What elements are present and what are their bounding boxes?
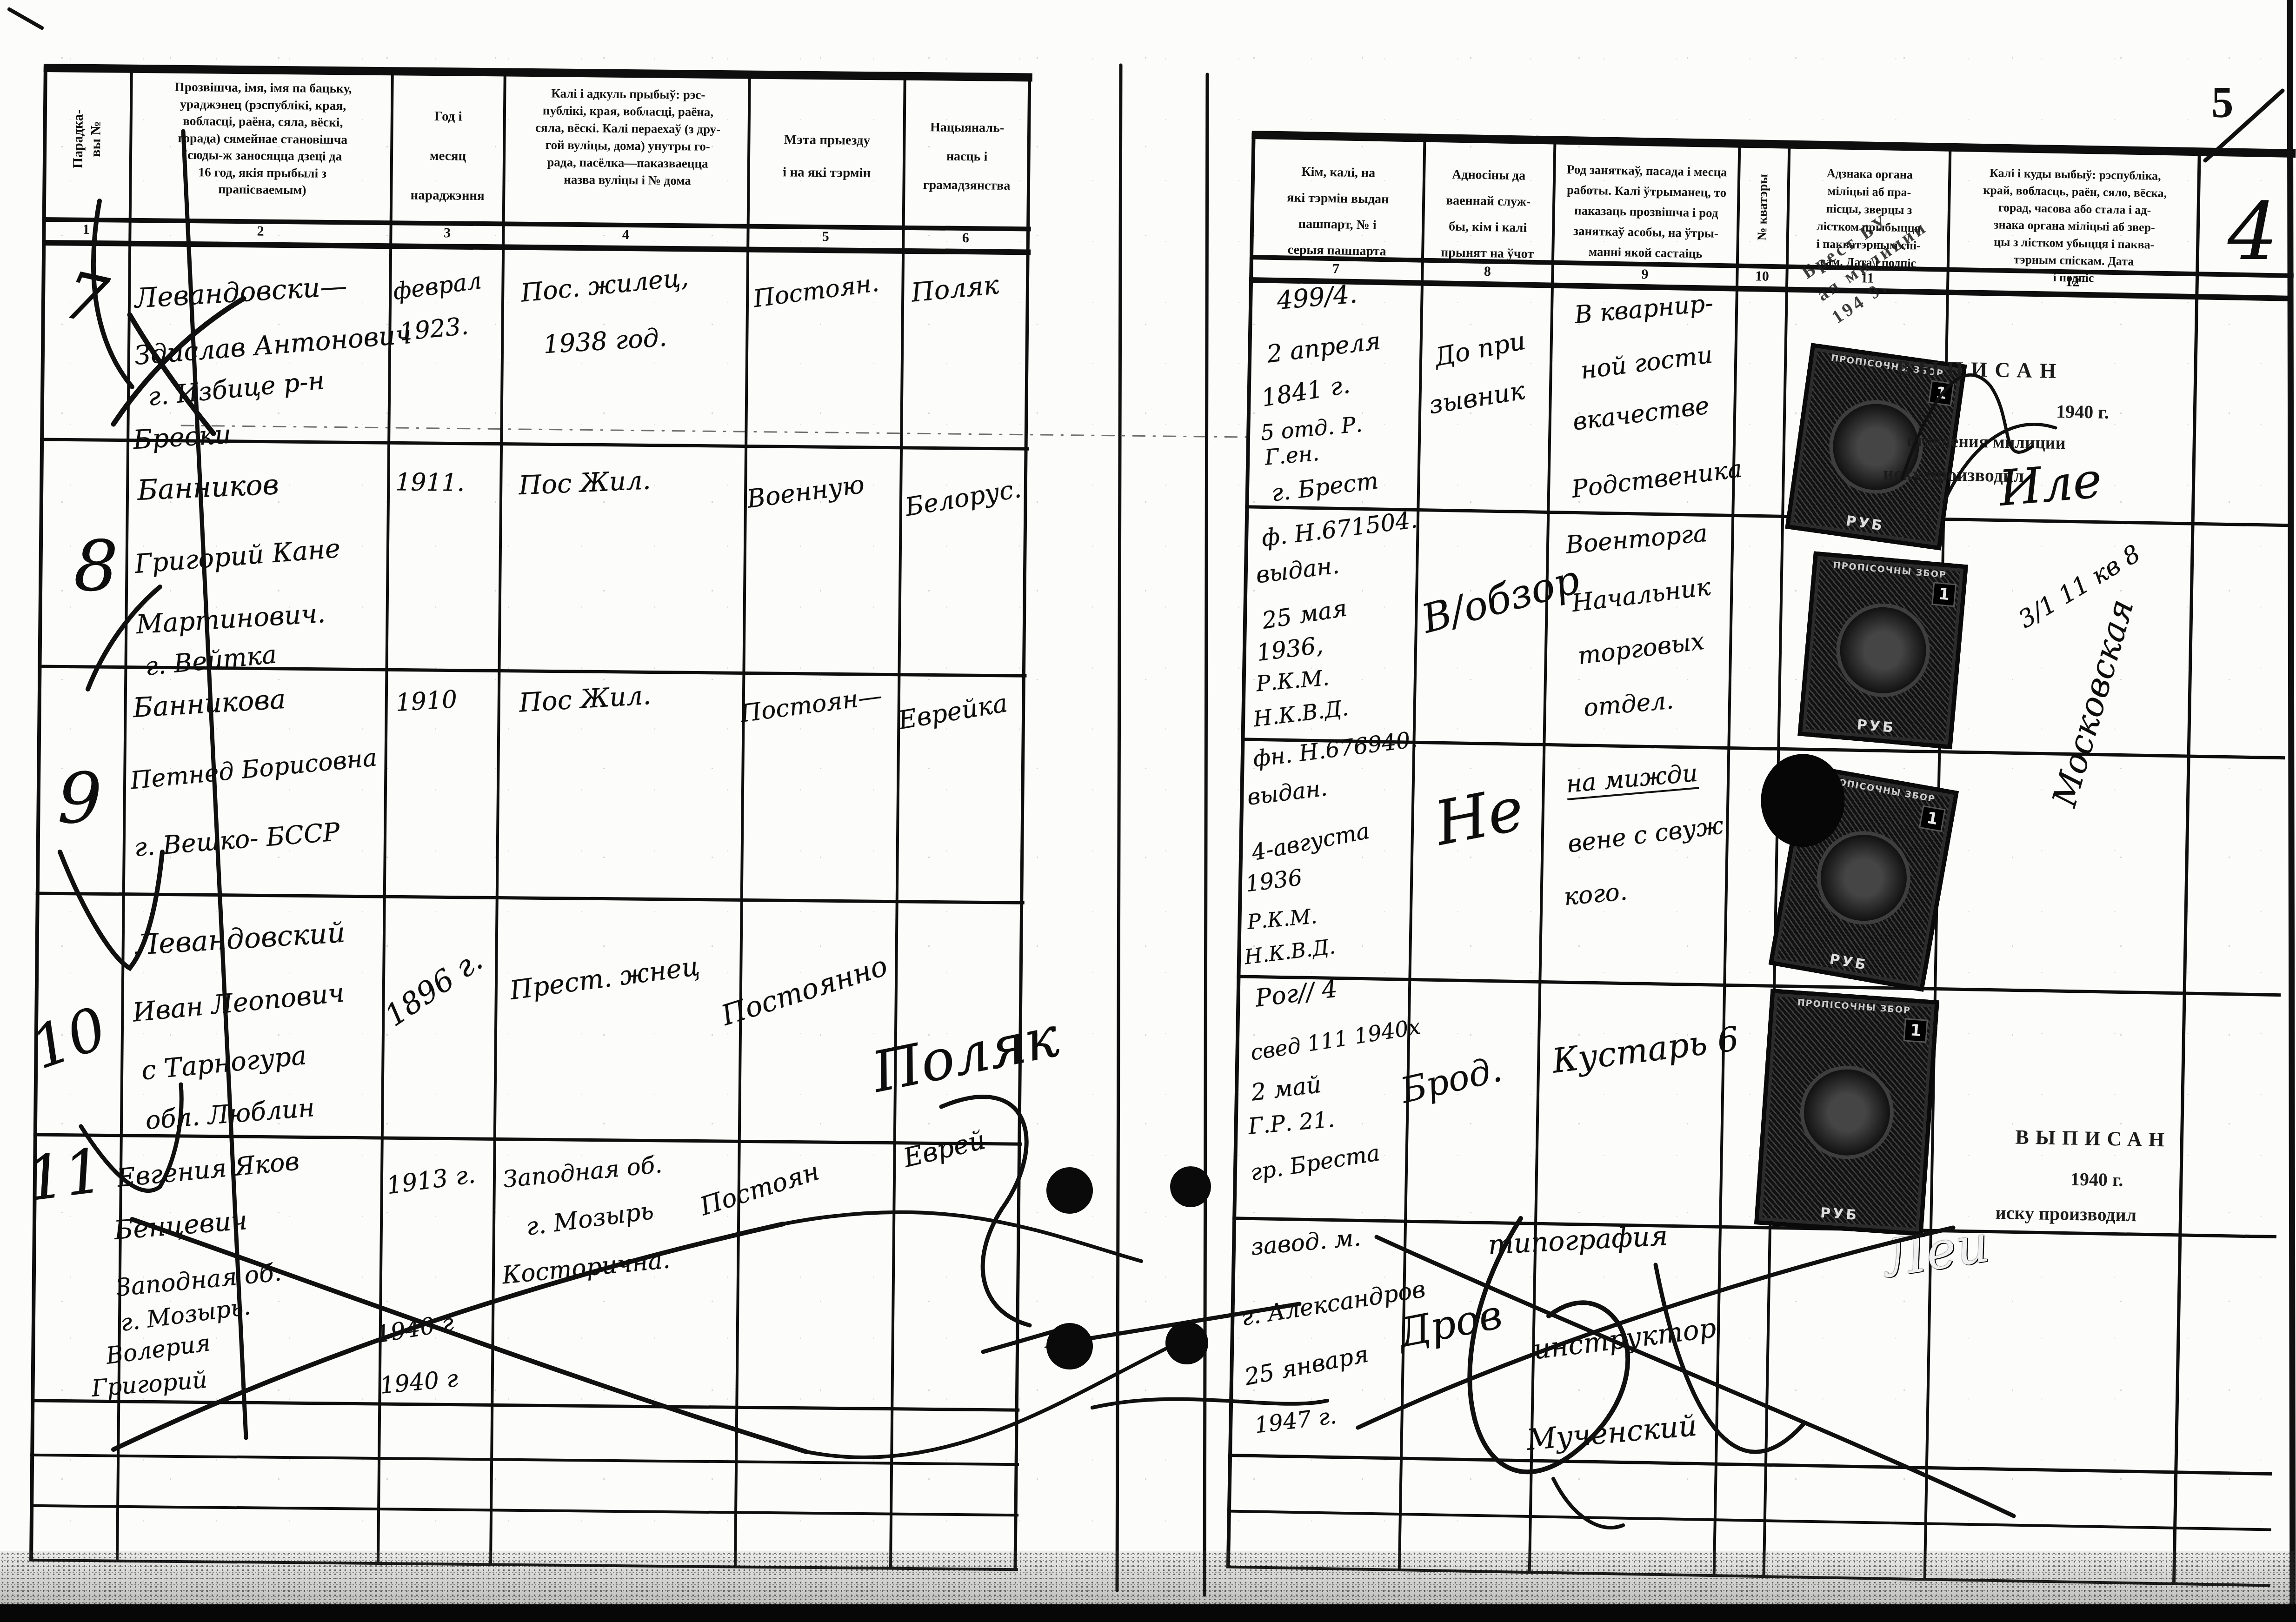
entry-birth: 1910 xyxy=(395,685,458,717)
entry-order-no: 8 xyxy=(73,526,119,607)
scanned-ledger-spread: Парадка- вы № Прозвішча, імя, імя па бац… xyxy=(0,0,2296,1622)
column-number: 9 xyxy=(1552,265,1737,284)
scan-noise-band xyxy=(0,1551,2296,1608)
scan-edge-bar xyxy=(0,1604,2296,1622)
right-table-grid xyxy=(1225,126,2296,1622)
vypisan-stamp-date: 1940 г. xyxy=(2056,400,2109,423)
column-number: 5 xyxy=(748,228,903,246)
column-header-military: Адносіны да ваеннай служ- бы, кім і калі… xyxy=(1426,161,1550,268)
column-number: 1 xyxy=(42,221,130,238)
stamp-banner-label: ПРОПІСОЧНЫ ЗБОР xyxy=(1774,996,1935,1017)
entry-birth: 1911. xyxy=(395,468,465,497)
column-header-apartment: № кватэры xyxy=(1755,146,1772,268)
column-header-departure: Калі і куды выбыў: рэспубліка, край, воб… xyxy=(1952,164,2196,288)
left-page: Парадка- вы № Прозвішча, імя, імя па бац… xyxy=(29,60,1032,1586)
occupation-line: кого. xyxy=(1563,878,1628,911)
column-header-nationality: Нацыяналь- насць і грамадзянства xyxy=(906,113,1027,200)
page-number-handwritten: 4 xyxy=(2228,186,2278,278)
page-number-printed: 5 xyxy=(2211,77,2234,128)
column-header-arrival: Калі і адкуль прыбыў: рэс- публікі, края… xyxy=(507,85,748,190)
stamp-currency: РУБ xyxy=(1803,712,1950,741)
column-number: 10 xyxy=(1737,268,1787,285)
column-header-passport: Кім, калі, на які тэрмін выдан пашпарт, … xyxy=(1257,158,1419,265)
column-number: 6 xyxy=(903,230,1028,247)
soviet-emblem-icon xyxy=(1810,824,1918,932)
stamp-value: 1 xyxy=(1919,805,1946,832)
stamp-value: 1 xyxy=(1931,582,1957,607)
soviet-emblem-icon xyxy=(1832,599,1934,701)
vypisan-stamp-date: 1940 г. xyxy=(2070,1168,2123,1191)
stamp-currency: РУБ xyxy=(1759,1201,1920,1228)
entry-order-no: 11 xyxy=(22,1135,107,1215)
vypisan-stamp-title: ВЫПИСАН xyxy=(1896,356,2063,383)
revenue-stamp: ПРОПІСОЧНЫ ЗБОР 1 РУБ xyxy=(1797,552,1968,750)
revenue-stamp: ПРОПІСОЧНЫ ЗБОР 1 РУБ xyxy=(1754,989,1939,1236)
column-number: 7 xyxy=(1249,259,1423,279)
column-number: 8 xyxy=(1422,263,1553,281)
punch-holes xyxy=(1046,1166,1211,1369)
right-page: Кім, калі, на які тэрмін выдан пашпарт, … xyxy=(1225,126,2296,1622)
vypisan-stamp-clerk: иску производил xyxy=(1995,1202,2136,1226)
entry-arrival: Пос Жил. xyxy=(518,465,652,501)
column-number: 2 xyxy=(130,222,391,240)
entry-order-no: 9 xyxy=(57,758,102,839)
soviet-emblem-icon xyxy=(1797,1063,1897,1163)
column-number: 3 xyxy=(391,225,503,241)
entry-surname: Банников xyxy=(137,468,280,507)
vypisan-stamp-title: ВЫПИСАН xyxy=(2015,1125,2171,1152)
column-header-name: Прозвішча, імя, імя па бацьку, ураджэнец… xyxy=(138,78,387,199)
column-header-order-no: Парадка- вы № xyxy=(69,69,106,209)
passport-line: Г.ен. xyxy=(1264,440,1320,470)
stamp-banner-label: ПРОПІСОЧНЫ ЗБОР xyxy=(1817,558,1963,581)
stamp-value: 1 xyxy=(1928,380,1954,406)
stamp-value: 1 xyxy=(1903,1018,1928,1043)
column-header-birth: Год і месяц нараджэння xyxy=(393,96,502,216)
clerk-signature: Иле xyxy=(1997,452,2104,517)
column-header-occupation: Род заняткаў, пасада і месца работы. Кал… xyxy=(1557,159,1736,265)
column-number: 4 xyxy=(503,226,748,244)
entry-name-line: Брески xyxy=(132,419,232,456)
column-header-purpose: Мэта прыезду і на які тэрмін xyxy=(752,123,902,190)
vypisan-stamp-office: отделения милиции xyxy=(1907,430,2066,453)
